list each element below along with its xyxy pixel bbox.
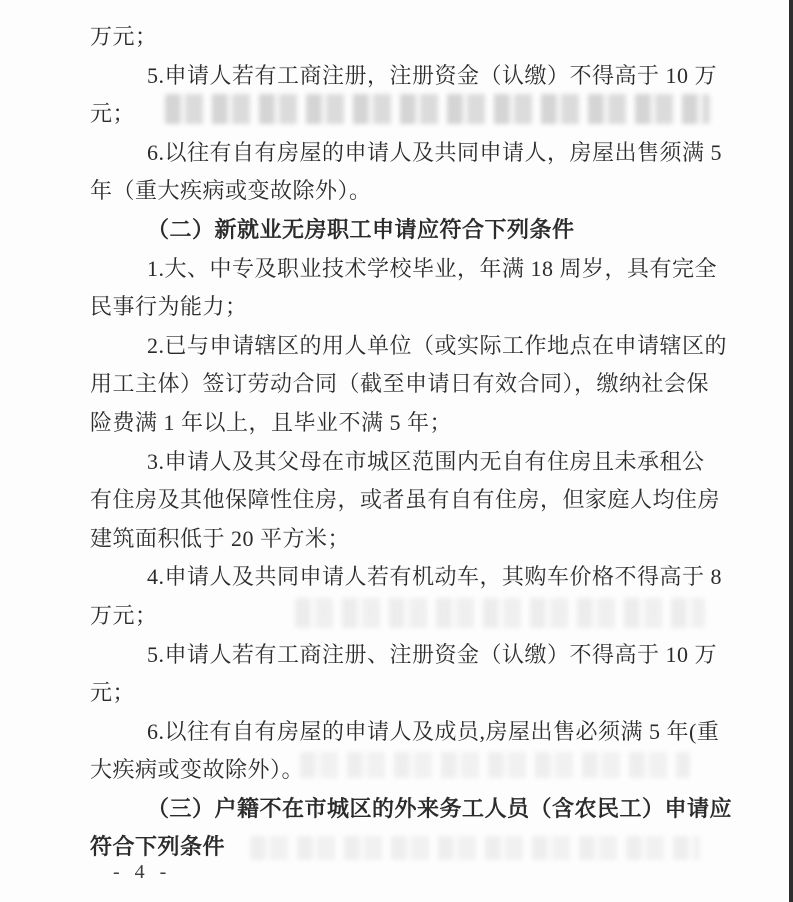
text-line: 建筑面积低于 20 平方米； — [90, 520, 710, 559]
text-line: 2.已与申请辖区的用人单位（或实际工作地点在申请辖区的 — [90, 327, 710, 366]
document-body: 万元；5.申请人若有工商注册，注册资金（认缴）不得高于 10 万元；6.以往有自… — [90, 18, 710, 867]
scan-edge-line — [789, 0, 793, 902]
page-number: - 4 - — [113, 861, 171, 884]
text-line: 3.申请人及其父母在市城区范围内无自有住房且未承租公 — [90, 443, 710, 482]
text-line: 大疾病或变故除外）。 — [90, 751, 710, 790]
text-line: 险费满 1 年以上，且毕业不满 5 年； — [90, 404, 710, 443]
text-line: 符合下列条件 — [90, 828, 710, 867]
text-line: 1.大、中专及职业技术学校毕业，年满 18 周岁，具有完全 — [90, 250, 710, 289]
text-line: 6.以往有自有房屋的申请人及成员,房屋出售必须满 5 年(重 — [90, 713, 710, 752]
text-line: 元； — [90, 95, 710, 134]
text-line: （三）户籍不在市城区的外来务工人员（含农民工）申请应 — [90, 790, 710, 829]
text-line: （二）新就业无房职工申请应符合下列条件 — [90, 211, 710, 250]
text-line: 元； — [90, 674, 710, 713]
text-line: 6.以往有自有房屋的申请人及共同申请人，房屋出售须满 5 — [90, 134, 710, 173]
text-line: 民事行为能力； — [90, 288, 710, 327]
text-line: 5.申请人若有工商注册，注册资金（认缴）不得高于 10 万 — [90, 57, 710, 96]
scanned-document-page: 万元；5.申请人若有工商注册，注册资金（认缴）不得高于 10 万元；6.以往有自… — [0, 0, 793, 902]
text-line: 用工主体）签订劳动合同（截至申请日有效合同），缴纳社会保 — [90, 365, 710, 404]
text-line: 4.申请人及共同申请人若有机动车，其购车价格不得高于 8 — [90, 558, 710, 597]
text-line: 有住房及其他保障性住房，或者虽有自有住房，但家庭人均住房 — [90, 481, 710, 520]
text-line: 万元； — [90, 18, 710, 57]
text-line: 年（重大疾病或变故除外）。 — [90, 172, 710, 211]
text-line: 万元； — [90, 597, 710, 636]
text-line: 5.申请人若有工商注册、注册资金（认缴）不得高于 10 万 — [90, 636, 710, 675]
